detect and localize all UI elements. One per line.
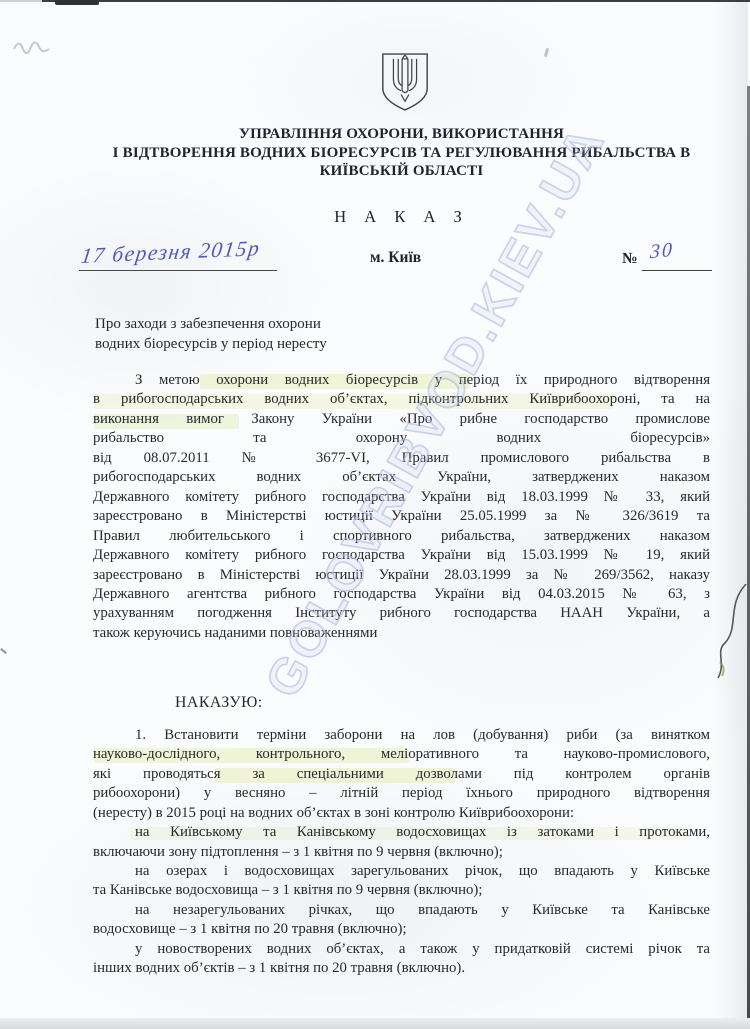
text-line: в рибогосподарських водних об’єктах, під… (93, 390, 710, 409)
scan-edge-top (42, 0, 750, 2)
organization-name-line: КИЇВСЬКІЙ ОБЛАСТІ (93, 162, 710, 181)
scanned-document-page: GOLOVRIBVOD.KIEV.UA УПРАВЛІННЯ ОХОРОНИ, … (0, 0, 750, 1029)
scan-speck (544, 48, 549, 57)
scan-curl-mark-icon (714, 584, 750, 680)
text-line: на озерах і водосховищах зарегульованих … (93, 862, 710, 881)
ukraine-trident-emblem-icon (378, 52, 432, 112)
scan-dash-left (0, 648, 7, 654)
paper-edge-shading (714, 0, 748, 1029)
text-line: (нересту) в 2015 році на водних об’єктах… (93, 804, 710, 823)
text-line: зареєстровано в Міністерстві юстиції Укр… (93, 507, 710, 526)
text-line: рибогосподарських водних об’єктах Україн… (93, 468, 710, 487)
text-line: 1. Встановити терміни заборони на лов (д… (93, 726, 710, 745)
text-line: Державного комітету рибного господарства… (93, 488, 710, 507)
text-line: на Київському та Канівському водосховища… (93, 823, 710, 842)
text-line: науково-дослідного, контрольного, меліор… (93, 745, 710, 764)
handwritten-number: 30 (650, 239, 675, 265)
text-line: Державного агентства рибного господарств… (93, 585, 710, 604)
text-line: виконання вимог Закону України «Про рибн… (93, 410, 710, 429)
number-label: № (622, 250, 638, 268)
organization-name-line: І ВІДТВОРЕННЯ ВОДНИХ БІОРЕСУРСІВ ТА РЕГУ… (93, 144, 710, 163)
text-line: у новостворених водних об’єктах, а також… (93, 940, 710, 959)
body-text: З метою охорони водних біоресурсів у пер… (93, 371, 710, 979)
text-line: від 08.07.2011 № 3677-VI, Правил промисл… (93, 449, 710, 468)
text-line: Правил любительського і спортивного риба… (93, 527, 710, 546)
text-line: на незарегульованих річках, що впадають … (93, 901, 710, 920)
text-line: урахуванням погодження Інституту рибного… (93, 604, 710, 623)
scan-edge-bottom (0, 1018, 750, 1029)
subject-line: водних біоресурсів у період нересту (95, 335, 327, 355)
organization-name: УПРАВЛІННЯ ОХОРОНИ, ВИКОРИСТАННЯ І ВІДТВ… (93, 125, 710, 181)
text-line: інших водних об’єктів – з 1 квітня по 20… (93, 959, 710, 978)
order-heading: НАКАЗУЮ: (175, 693, 710, 712)
scan-edge-top-notch (55, 0, 99, 5)
scan-smudge-icon (12, 34, 56, 58)
text-line: З метою охорони водних біоресурсів у пер… (93, 371, 710, 390)
date-row: 17 березня 2015р м. Київ № 30 (93, 243, 710, 279)
text-line: рибоохорони) у весняно – літній період ї… (93, 784, 710, 803)
text-line: зареєстровано в Міністерстві юстиції Укр… (93, 566, 710, 585)
text-line: рибальство та охорону водних біоресурсів… (93, 429, 710, 448)
document-type-title: Н А К А З (93, 207, 710, 227)
city-label: м. Київ (370, 249, 421, 267)
date-underline (79, 270, 277, 271)
subject-line: Про заходи з забезпечення охорони (95, 315, 327, 335)
text-line: водосховище – з 1 квітня по 20 травня (в… (93, 920, 710, 939)
text-line: включаючи зону підтоплення – з 1 квітня … (93, 843, 710, 862)
text-line: Державного комітету рибного господарства… (93, 546, 710, 565)
organization-name-line: УПРАВЛІННЯ ОХОРОНИ, ВИКОРИСТАННЯ (93, 125, 710, 144)
handwritten-date: 17 березня 2015р (79, 236, 262, 269)
scan-edge-top-faint (0, 0, 42, 2)
text-line: та Канівське водосховища – з 1 квітня по… (93, 881, 710, 900)
number-underline (642, 270, 712, 271)
text-line: також керуючись наданими повноваженнями (93, 624, 710, 643)
text-line: які проводяться за спеціальними дозволам… (93, 765, 710, 784)
subject-block: Про заходи з забезпечення охорони водних… (95, 315, 327, 354)
